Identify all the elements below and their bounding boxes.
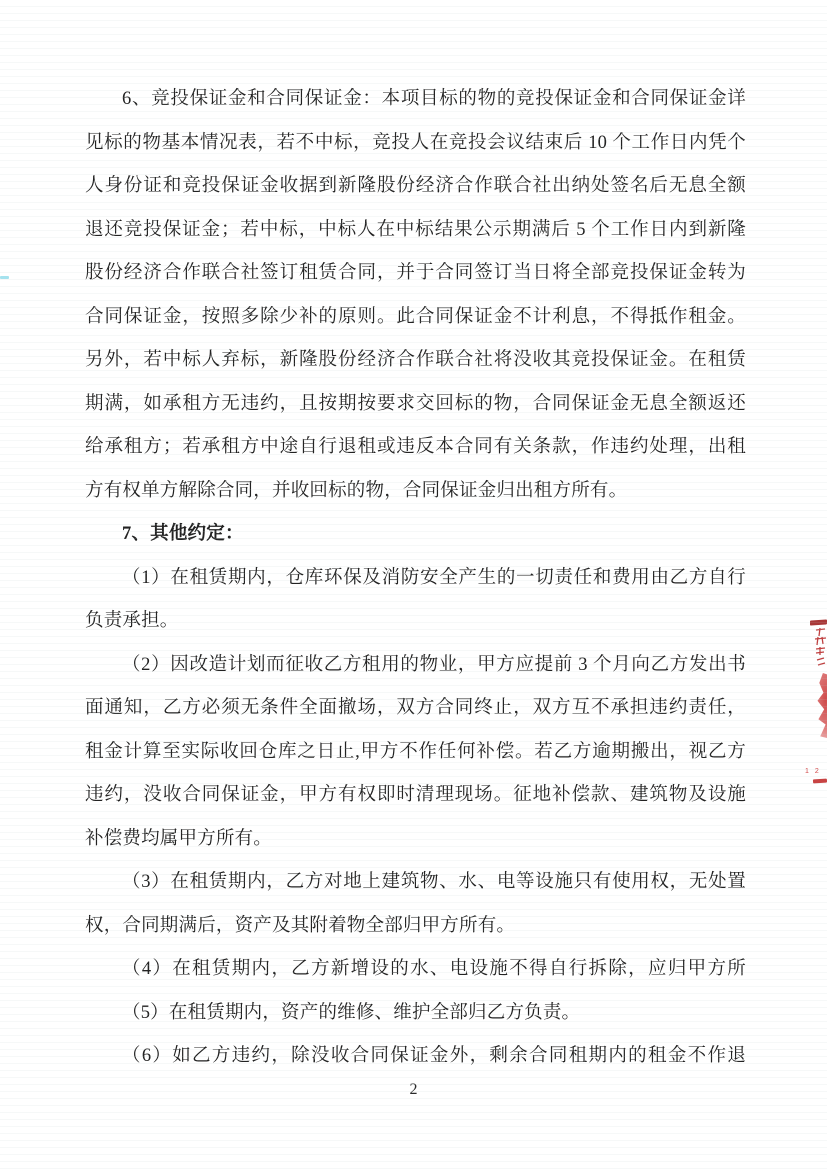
text-line: 方有权单方解除合同，并收回标的物，合同保证金归出租方所有。 [85, 470, 746, 514]
text-line: 退还竞投保证金；若中标，中标人在中标结果公示期满后 5 个工作日内到新隆 [85, 209, 746, 253]
text-line-content: 方有权单方解除合同，并收回标的物，合同保证金归出租方所有。 [85, 481, 627, 501]
document-body: 6、竞投保证金和合同保证金：本项目标的物的竞投保证金和合同保证金详见标的物基本情… [85, 78, 746, 1079]
text-line: 另外，若中标人弃标，新隆股份经济合作联合社将没收其竞投保证金。在租赁 [85, 339, 746, 383]
text-line-content: （1）在租赁期内，仓库环保及消防安全产生的一切责任和费用由乙方自行 [122, 568, 746, 588]
text-line-content: 给承租方；若承租方中途自行退租或违反本合同有关条款，作违约处理，出租 [85, 437, 746, 457]
scan-artifact-cyan-mark [0, 276, 9, 279]
text-line: 给承租方；若承租方中途自行退租或违反本合同有关条款，作违约处理，出租 [85, 426, 746, 470]
text-line-content: 权，合同期满后，资产及其附着物全部归甲方所有。 [85, 916, 515, 936]
text-line-content: 见标的物基本情况表，若不中标，竞投人在竞投会议结束后 10 个工作日内凭个 [85, 133, 746, 153]
text-line-content: 补偿费均属甲方所有。 [85, 829, 272, 849]
text-line: （3）在租赁期内，乙方对地上建筑物、水、电等设施只有使用权，无处置 [85, 861, 746, 905]
text-line: 期满，如承租方无违约，且按期按要求交回标的物，合同保证金无息全额返还 [85, 383, 746, 427]
text-line-content: 面通知，乙方必须无条件全面撤场，双方合同终止，双方互不承担违约责任， [85, 698, 746, 718]
text-line-content: 股份经济合作联合社签订租赁合同，并于合同签订当日将全部竞投保证金转为 [85, 263, 746, 283]
text-line: 7、其他约定： [85, 513, 746, 557]
text-line-content: 退还竞投保证金；若中标，中标人在中标结果公示期满后 5 个工作日内到新隆 [85, 220, 746, 240]
text-line-content: 合同保证金，按照多除少补的原则。此合同保证金不计利息，不得抵作租金。 [85, 307, 746, 327]
text-line: 违约，没收合同保证金，甲方有权即时清理现场。征地补偿款、建筑物及设施 [85, 774, 746, 818]
text-line: 人身份证和竞投保证金收据到新隆股份经济合作联合社出纳处签名后无息全额 [85, 165, 746, 209]
text-line-content: 另外，若中标人弃标，新隆股份经济合作联合社将没收其竞投保证金。在租赁 [85, 350, 746, 370]
text-line: 6、竞投保证金和合同保证金：本项目标的物的竞投保证金和合同保证金详 [85, 78, 746, 122]
text-line: 租金计算至实际收回仓库之日止,甲方不作任何补偿。若乙方逾期搬出，视乙方 [85, 731, 746, 775]
text-line: 权，合同期满后，资产及其附着物全部归甲方所有。 [85, 905, 746, 949]
text-line: 股份经济合作联合社签订租赁合同，并于合同签订当日将全部竞投保证金转为 [85, 252, 746, 296]
seal-bar [810, 619, 827, 625]
seal-marks: 1 2 [805, 768, 825, 776]
text-line-content: 违约，没收合同保证金，甲方有权即时清理现场。征地补偿款、建筑物及设施 [85, 785, 746, 805]
text-line-content: （5）在租赁期内，资产的维修、维护全部归乙方负责。 [122, 1003, 580, 1023]
seal-dash [813, 779, 827, 784]
text-line-content: 租金计算至实际收回仓库之日止,甲方不作任何补偿。若乙方逾期搬出，视乙方 [85, 742, 746, 762]
red-seal-fragment: 1 2 [801, 616, 827, 791]
text-line: （5）在租赁期内，资产的维修、维护全部归乙方负责。 [85, 992, 746, 1036]
text-line: 面通知，乙方必须无条件全面撤场，双方合同终止，双方互不承担违约责任， [85, 687, 746, 731]
text-line-content: 人身份证和竞投保证金收据到新隆股份经济合作联合社出纳处签名后无息全额 [85, 176, 746, 196]
text-line: （6）如乙方违约，除没收合同保证金外，剩余合同租期内的租金不作退回。 [85, 1035, 746, 1079]
text-line: 见标的物基本情况表，若不中标，竞投人在竞投会议结束后 10 个工作日内凭个 [85, 122, 746, 166]
text-line: 负责承担。 [85, 600, 746, 644]
seal-glyph-strokes [812, 627, 827, 669]
text-line-content: 负责承担。 [85, 611, 179, 631]
text-line-content: （6）如乙方违约，除没收合同保证金外，剩余合同租期内的租金不作退回。 [85, 1046, 746, 1079]
text-line: 补偿费均属甲方所有。 [85, 818, 746, 862]
text-line-content: 期满，如承租方无违约，且按期按要求交回标的物，合同保证金无息全额返还 [85, 394, 746, 414]
text-line-content: 7、其他约定： [122, 524, 244, 544]
text-line-content: （2）因改造计划而征收乙方租用的物业，甲方应提前 3 个月向乙方发出书 [122, 655, 746, 675]
text-line-content: 6、竞投保证金和合同保证金：本项目标的物的竞投保证金和合同保证金详 [122, 89, 746, 109]
text-line-content: （3）在租赁期内，乙方对地上建筑物、水、电等设施只有使用权，无处置 [122, 872, 746, 892]
seal-blob [813, 673, 827, 739]
text-line: （1）在租赁期内，仓库环保及消防安全产生的一切责任和费用由乙方自行 [85, 557, 746, 601]
page-number: 2 [0, 1081, 827, 1099]
text-line: 合同保证金，按照多除少补的原则。此合同保证金不计利息，不得抵作租金。 [85, 296, 746, 340]
text-line-content: （4）在租赁期内，乙方新增设的水、电设施不得自行拆除，应归甲方所有。 [85, 959, 746, 992]
text-line: （2）因改造计划而征收乙方租用的物业，甲方应提前 3 个月向乙方发出书 [85, 644, 746, 688]
text-line: （4）在租赁期内，乙方新增设的水、电设施不得自行拆除，应归甲方所有。 [85, 948, 746, 992]
scanned-contract-page: 6、竞投保证金和合同保证金：本项目标的物的竞投保证金和合同保证金详见标的物基本情… [0, 0, 827, 1169]
